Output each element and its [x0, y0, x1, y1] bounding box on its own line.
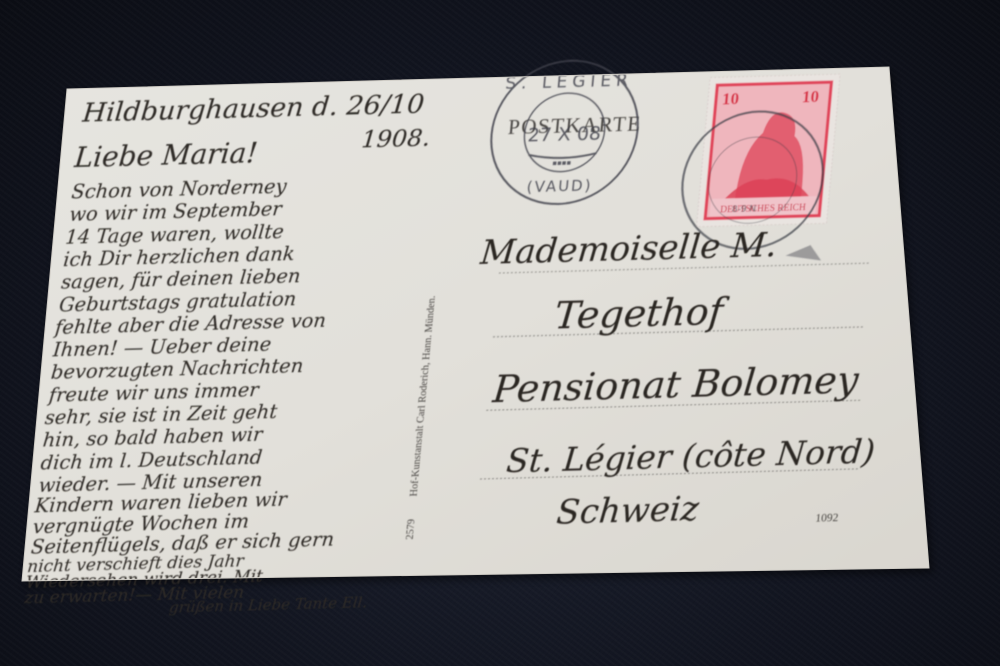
salutation: Liebe Maria! — [72, 136, 259, 174]
photo-scene: 2579 Hof-Kunstanstalt Carl Roderich, Han… — [0, 0, 1000, 666]
svg-text:▪▪▪▪: ▪▪▪▪ — [552, 159, 572, 167]
svg-text:(VAUD): (VAUD) — [526, 177, 593, 197]
svg-text:10: 10 — [721, 89, 740, 108]
svg-text:8-9 N: 8-9 N — [731, 204, 756, 215]
message-year: 1908. — [360, 124, 431, 154]
address-line-2: Tegethof — [553, 289, 731, 337]
address-line-1: Mademoiselle M. — [478, 225, 779, 272]
svg-text:10: 10 — [801, 87, 820, 106]
svg-text:2579: 2579 — [405, 519, 418, 540]
svg-text:S. LEGIER: S. LEGIER — [505, 70, 634, 93]
address-line-5: Schweiz — [555, 489, 701, 531]
card-number: 1092 — [815, 512, 839, 524]
svg-text:27 X 08: 27 X 08 — [527, 123, 602, 146]
